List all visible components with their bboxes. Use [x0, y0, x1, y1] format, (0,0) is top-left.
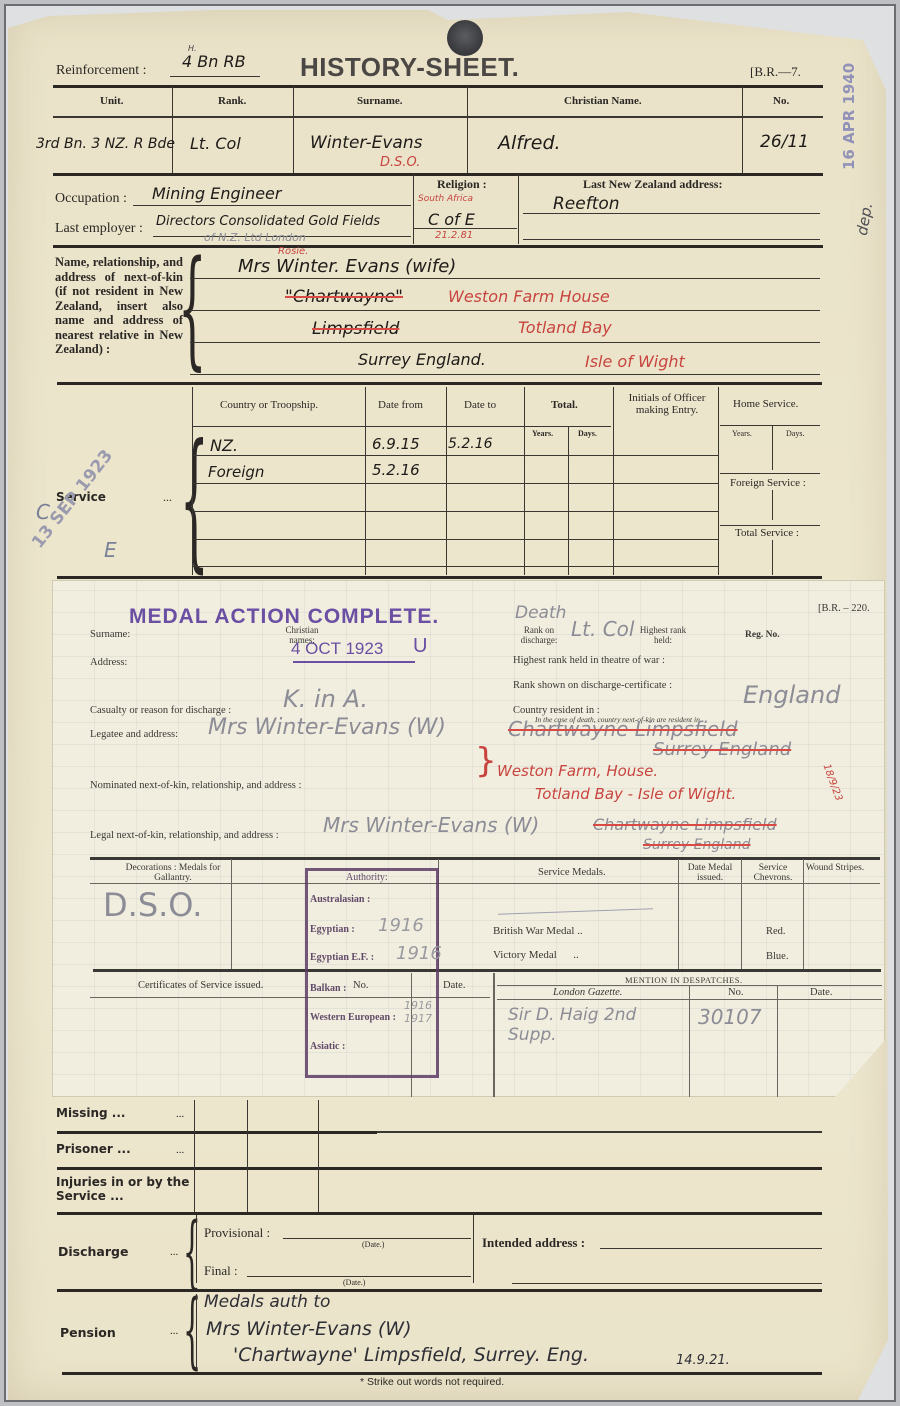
card-nominated-nok-label: Nominated next-of-kin, relationship, and… [90, 780, 301, 791]
reinforcement-label: Reinforcement : [56, 63, 147, 79]
card-legal-nok-label: Legal next-of-kin, relationship, and add… [90, 830, 279, 841]
card-legatee-struck-1: Chartwayne Limpsfield [508, 717, 738, 741]
col-header-initials: Initials of Officer making Entry. [618, 392, 716, 416]
religion-value: C of E [428, 210, 475, 229]
decorations-header: Decorations : Medals for Gallantry. [108, 863, 238, 883]
card-divider [777, 985, 778, 1098]
despatches-no-header: No. [728, 987, 743, 998]
despatches-no-value: 30107 [698, 1005, 762, 1029]
card-divider [493, 973, 495, 1098]
row-line [193, 483, 718, 484]
cert-date-header: Date. [443, 980, 465, 991]
card-divider [741, 859, 742, 969]
missing-label: Missing ... [56, 1106, 125, 1120]
rule [53, 245, 823, 248]
col-header-date-to: Date to [464, 399, 496, 411]
card-divider [678, 859, 679, 969]
authority-egyptian: Egyptian : [310, 924, 355, 935]
row-line [193, 511, 718, 512]
card-nominated-date: 18/9/23 [821, 763, 845, 803]
card-rule [93, 969, 881, 972]
rule [57, 1131, 377, 1134]
card-form-code: [B.R. – 220. [818, 603, 870, 614]
nok-line [190, 310, 820, 311]
missing-dots: ... [176, 1108, 184, 1120]
service-medals-header: Service Medals. [538, 867, 606, 878]
col-divider [613, 387, 614, 575]
intended-address-label: Intended address : [482, 1235, 585, 1251]
surname-value: Winter-Evans [310, 133, 422, 153]
next-of-kin-line-3: Limpsfield [312, 319, 399, 339]
col-header-country: Country or Troopship. [220, 399, 318, 411]
authority-western-european: Western European : [310, 1012, 396, 1023]
card-legatee-label: Legatee and address: [90, 729, 178, 740]
last-employer-label: Last employer : [55, 221, 143, 237]
next-of-kin-line-1: Mrs Winter. Evans (wife) [238, 256, 456, 277]
row-line [193, 539, 718, 540]
total-days: Days. [578, 429, 597, 438]
home-days: Days. [786, 429, 804, 438]
col-header-christian-name: Christian Name. [564, 95, 642, 107]
authority-header: Authority: [346, 872, 388, 883]
row-line [720, 473, 820, 474]
col-divider [192, 387, 193, 575]
page-title: HISTORY-SHEET. [300, 52, 519, 83]
stamp-initial: U [413, 635, 427, 658]
pension-line-2: Mrs Winter-Evans (W) [206, 1318, 412, 1340]
next-of-kin-amended-3: Isle of Wight [585, 352, 685, 371]
last-nz-address-label: Last New Zealand address: [583, 177, 722, 192]
col-header-surname: Surname. [357, 95, 403, 107]
col-divider [772, 490, 773, 520]
despatches-header: MENTION IN DESPATCHES. [625, 975, 743, 985]
religion-underline [414, 228, 517, 229]
footnote: * Strike out words not required. [360, 1376, 504, 1388]
rule [57, 1289, 822, 1292]
surname-note-dso: D.S.O. [380, 155, 420, 170]
total-years: Years. [532, 429, 553, 438]
col-divider [467, 86, 468, 173]
rule [57, 1212, 822, 1215]
col-divider [196, 1294, 197, 1369]
address-line [523, 213, 820, 214]
victory-medal: Victory Medal .. [493, 949, 579, 961]
col-divider [772, 425, 773, 470]
foreign-service-label: Foreign Service : [730, 477, 806, 489]
rule [57, 1167, 822, 1170]
col-header-rank: Rank. [218, 95, 246, 107]
card-legal-nok-struck-1: Chartwayne Limpsfield [593, 815, 777, 834]
brace: { [178, 245, 207, 373]
stamp-date-underline [293, 661, 415, 663]
col-divider [194, 1100, 195, 1212]
chevron-red: Red. [766, 926, 786, 937]
religion-note-bottom: 21.2.81 [435, 230, 473, 241]
card-legatee-value: Mrs Winter-Evans (W) [208, 715, 446, 740]
rule [53, 85, 823, 88]
unit-value: 3rd Bn. 3 NZ. R Bde [36, 136, 175, 152]
card-nominated-amend-2: Totland Bay - Isle of Wight. [535, 785, 736, 803]
pension-line-3: 'Chartwayne' Limpsfield, Surrey. Eng. [233, 1344, 589, 1366]
authority-stamp: Authority: Australasian : Egyptian : 191… [305, 868, 439, 1078]
received-mark-c: C [36, 500, 50, 524]
next-of-kin-line-2: "Chartwayne" [285, 287, 403, 307]
right-date-stamp: 16 APR 1940 [840, 63, 858, 170]
col-divider [172, 86, 173, 173]
pension-date: 14.9.21. [676, 1353, 730, 1368]
christian-name-value: Alfred. [498, 132, 561, 154]
last-nz-address-value: Reefton [553, 194, 620, 214]
col-divider [318, 1100, 319, 1212]
row-line [720, 425, 820, 426]
card-rank-on-discharge-label: Rank on discharge: [513, 625, 565, 645]
col-divider [293, 86, 294, 173]
service-row-2-date-from: 5.2.16 [372, 461, 420, 479]
authority-australasian: Australasian : [310, 894, 370, 905]
rule [377, 1131, 822, 1133]
col-header-date-from: Date from [378, 399, 423, 411]
decorations-value: D.S.O. [103, 886, 202, 924]
row-line [193, 566, 718, 567]
occupation-label: Occupation : [55, 191, 127, 207]
discharge-dots: ... [170, 1246, 178, 1258]
red-brace: } [475, 741, 497, 781]
discharge-label: Discharge [58, 1244, 128, 1259]
authority-asiatic: Asiatic : [310, 1041, 345, 1052]
chevron-blue: Blue. [766, 951, 788, 962]
card-divider [803, 859, 804, 969]
prisoner-dots: ... [176, 1144, 184, 1156]
prisoner-label: Prisoner ... [56, 1142, 131, 1156]
brace: { [180, 425, 209, 575]
number-value: 26/11 [760, 132, 809, 152]
col-divider [446, 387, 447, 575]
card-casualty-value: K. in A. [283, 685, 368, 713]
pencil-stroke [498, 908, 653, 914]
col-header-unit: Unit. [100, 95, 124, 107]
address-line [523, 239, 820, 240]
provisional-label: Provisional : [204, 1225, 270, 1241]
nok-line [190, 342, 820, 343]
authority-egyptian-value: 1916 [378, 915, 424, 936]
final-date-hint: (Date.) [343, 1278, 365, 1287]
card-country-resident-value: England [743, 681, 840, 709]
nok-line [190, 374, 820, 375]
col-divider [568, 427, 569, 575]
final-label: Final : [204, 1263, 238, 1279]
col-divider [473, 1215, 474, 1283]
card-divider [689, 985, 690, 1098]
col-divider [413, 174, 414, 244]
religion-label: Religion : [437, 177, 487, 192]
punch-hole [447, 20, 483, 56]
injuries-label: Injuries in or by the Service ... [56, 1175, 196, 1203]
form-code: [B.R.—7. [750, 64, 801, 80]
nok-line [190, 278, 820, 279]
home-years: Years. [732, 429, 752, 438]
card-highest-rank-label: Highest rank held: [633, 625, 693, 645]
col-divider [518, 174, 519, 244]
rule [53, 116, 823, 118]
card-highest-rank-theatre-label: Highest rank held in theatre of war : [513, 655, 665, 666]
intended-address-line [600, 1248, 822, 1249]
last-employer-value: Directors Consolidated Gold Fields [156, 214, 380, 229]
col-divider [772, 540, 773, 575]
card-legal-nok-struck-2: Surrey England [643, 837, 750, 853]
intended-address-line [512, 1283, 822, 1284]
home-service-label: Home Service. [733, 398, 798, 410]
service-row-2-country: Foreign [208, 463, 264, 481]
authority-egyptian-ef-value: 1916 [396, 943, 442, 964]
provisional-date-hint: (Date.) [362, 1240, 384, 1249]
pension-label: Pension [60, 1325, 116, 1340]
card-rank-discharge-cert-label: Rank shown on discharge-certificate : [513, 680, 672, 691]
card-christian-names-label: Christian names: [278, 625, 326, 645]
occupation-value: Mining Engineer [152, 184, 281, 203]
rule [57, 382, 822, 385]
medal-card: MEDAL ACTION COMPLETE. 4 OCT 1923 U [B.R… [52, 580, 885, 1097]
service-row-1-country: NZ. [210, 436, 238, 455]
col-divider [365, 387, 366, 575]
brace: { [183, 1290, 201, 1372]
pension-line-1: Medals auth to [204, 1292, 330, 1312]
despatches-date-header: Date. [810, 987, 832, 998]
reinforcement-underline [170, 76, 260, 77]
col-divider [742, 86, 743, 173]
total-service-label: Total Service : [735, 527, 799, 539]
certificates-header: Certificates of Service issued. [138, 980, 263, 991]
col-header-total: Total. [551, 399, 578, 411]
next-of-kin-label: Name, relationship, and address of next-… [55, 255, 183, 357]
london-gazette-header: London Gazette. [553, 987, 622, 998]
service-row-1-date-from: 6.9.15 [372, 435, 420, 453]
card-rule [90, 857, 880, 860]
last-employer-continuation: of N.Z. Ltd London [204, 231, 306, 244]
col-header-number: No. [773, 95, 789, 107]
card-surname-label: Surname: [90, 629, 130, 640]
rule [57, 576, 822, 579]
card-legatee-struck-2: Surrey England [653, 739, 791, 760]
pension-dots: ... [170, 1325, 178, 1337]
authority-egyptian-ef: Egyptian E.F. : [310, 952, 374, 963]
wound-stripes-header: Wound Stripes. [805, 863, 865, 873]
card-reg-no-label: Reg. No. [745, 630, 780, 640]
date-medal-issued-header: Date Medal issued. [680, 863, 740, 883]
card-address-label: Address: [90, 657, 127, 668]
col-divider [247, 1100, 248, 1212]
col-divider [196, 1215, 197, 1283]
rule [53, 173, 823, 176]
col-divider [718, 387, 719, 575]
rule [62, 1372, 822, 1375]
card-rule [90, 883, 880, 884]
service-dots: ... [163, 490, 172, 505]
next-of-kin-line-4: Surrey England. [358, 350, 486, 369]
card-rank-on-discharge-value: Lt. Col [571, 617, 634, 641]
authority-western-european-value: 1916 1917 [404, 999, 438, 1025]
provisional-line [283, 1238, 471, 1239]
rank-value: Lt. Col [190, 134, 241, 153]
service-chevrons-header: Service Chevrons. [743, 863, 803, 883]
next-of-kin-amended-2: Totland Bay [518, 318, 612, 337]
service-row-1-date-to: 5.2.16 [448, 436, 493, 452]
received-mark-e: E [104, 538, 117, 562]
row-line [193, 455, 718, 456]
reinforcement-superscript: H. [188, 44, 197, 53]
next-of-kin-amended-1: Weston Farm House [448, 287, 610, 306]
despatches-gazette-value: Sir D. Haig 2nd Supp. [508, 1005, 658, 1045]
religion-note-top: South Africa [418, 194, 473, 204]
reinforcement-value: 4 Bn RB [182, 52, 246, 71]
row-line [193, 426, 611, 427]
row-line [720, 525, 820, 526]
card-legal-nok-value: Mrs Winter-Evans (W) [323, 813, 539, 837]
final-line [247, 1276, 471, 1277]
british-war-medal: British War Medal .. [493, 925, 583, 937]
card-death-note: Death [515, 603, 566, 623]
authority-balkan: Balkan : [310, 983, 346, 994]
card-nominated-amend-1: Weston Farm, House. [497, 762, 658, 780]
col-divider [524, 387, 525, 575]
brace: { [183, 1212, 201, 1292]
occupation-underline [133, 205, 411, 206]
